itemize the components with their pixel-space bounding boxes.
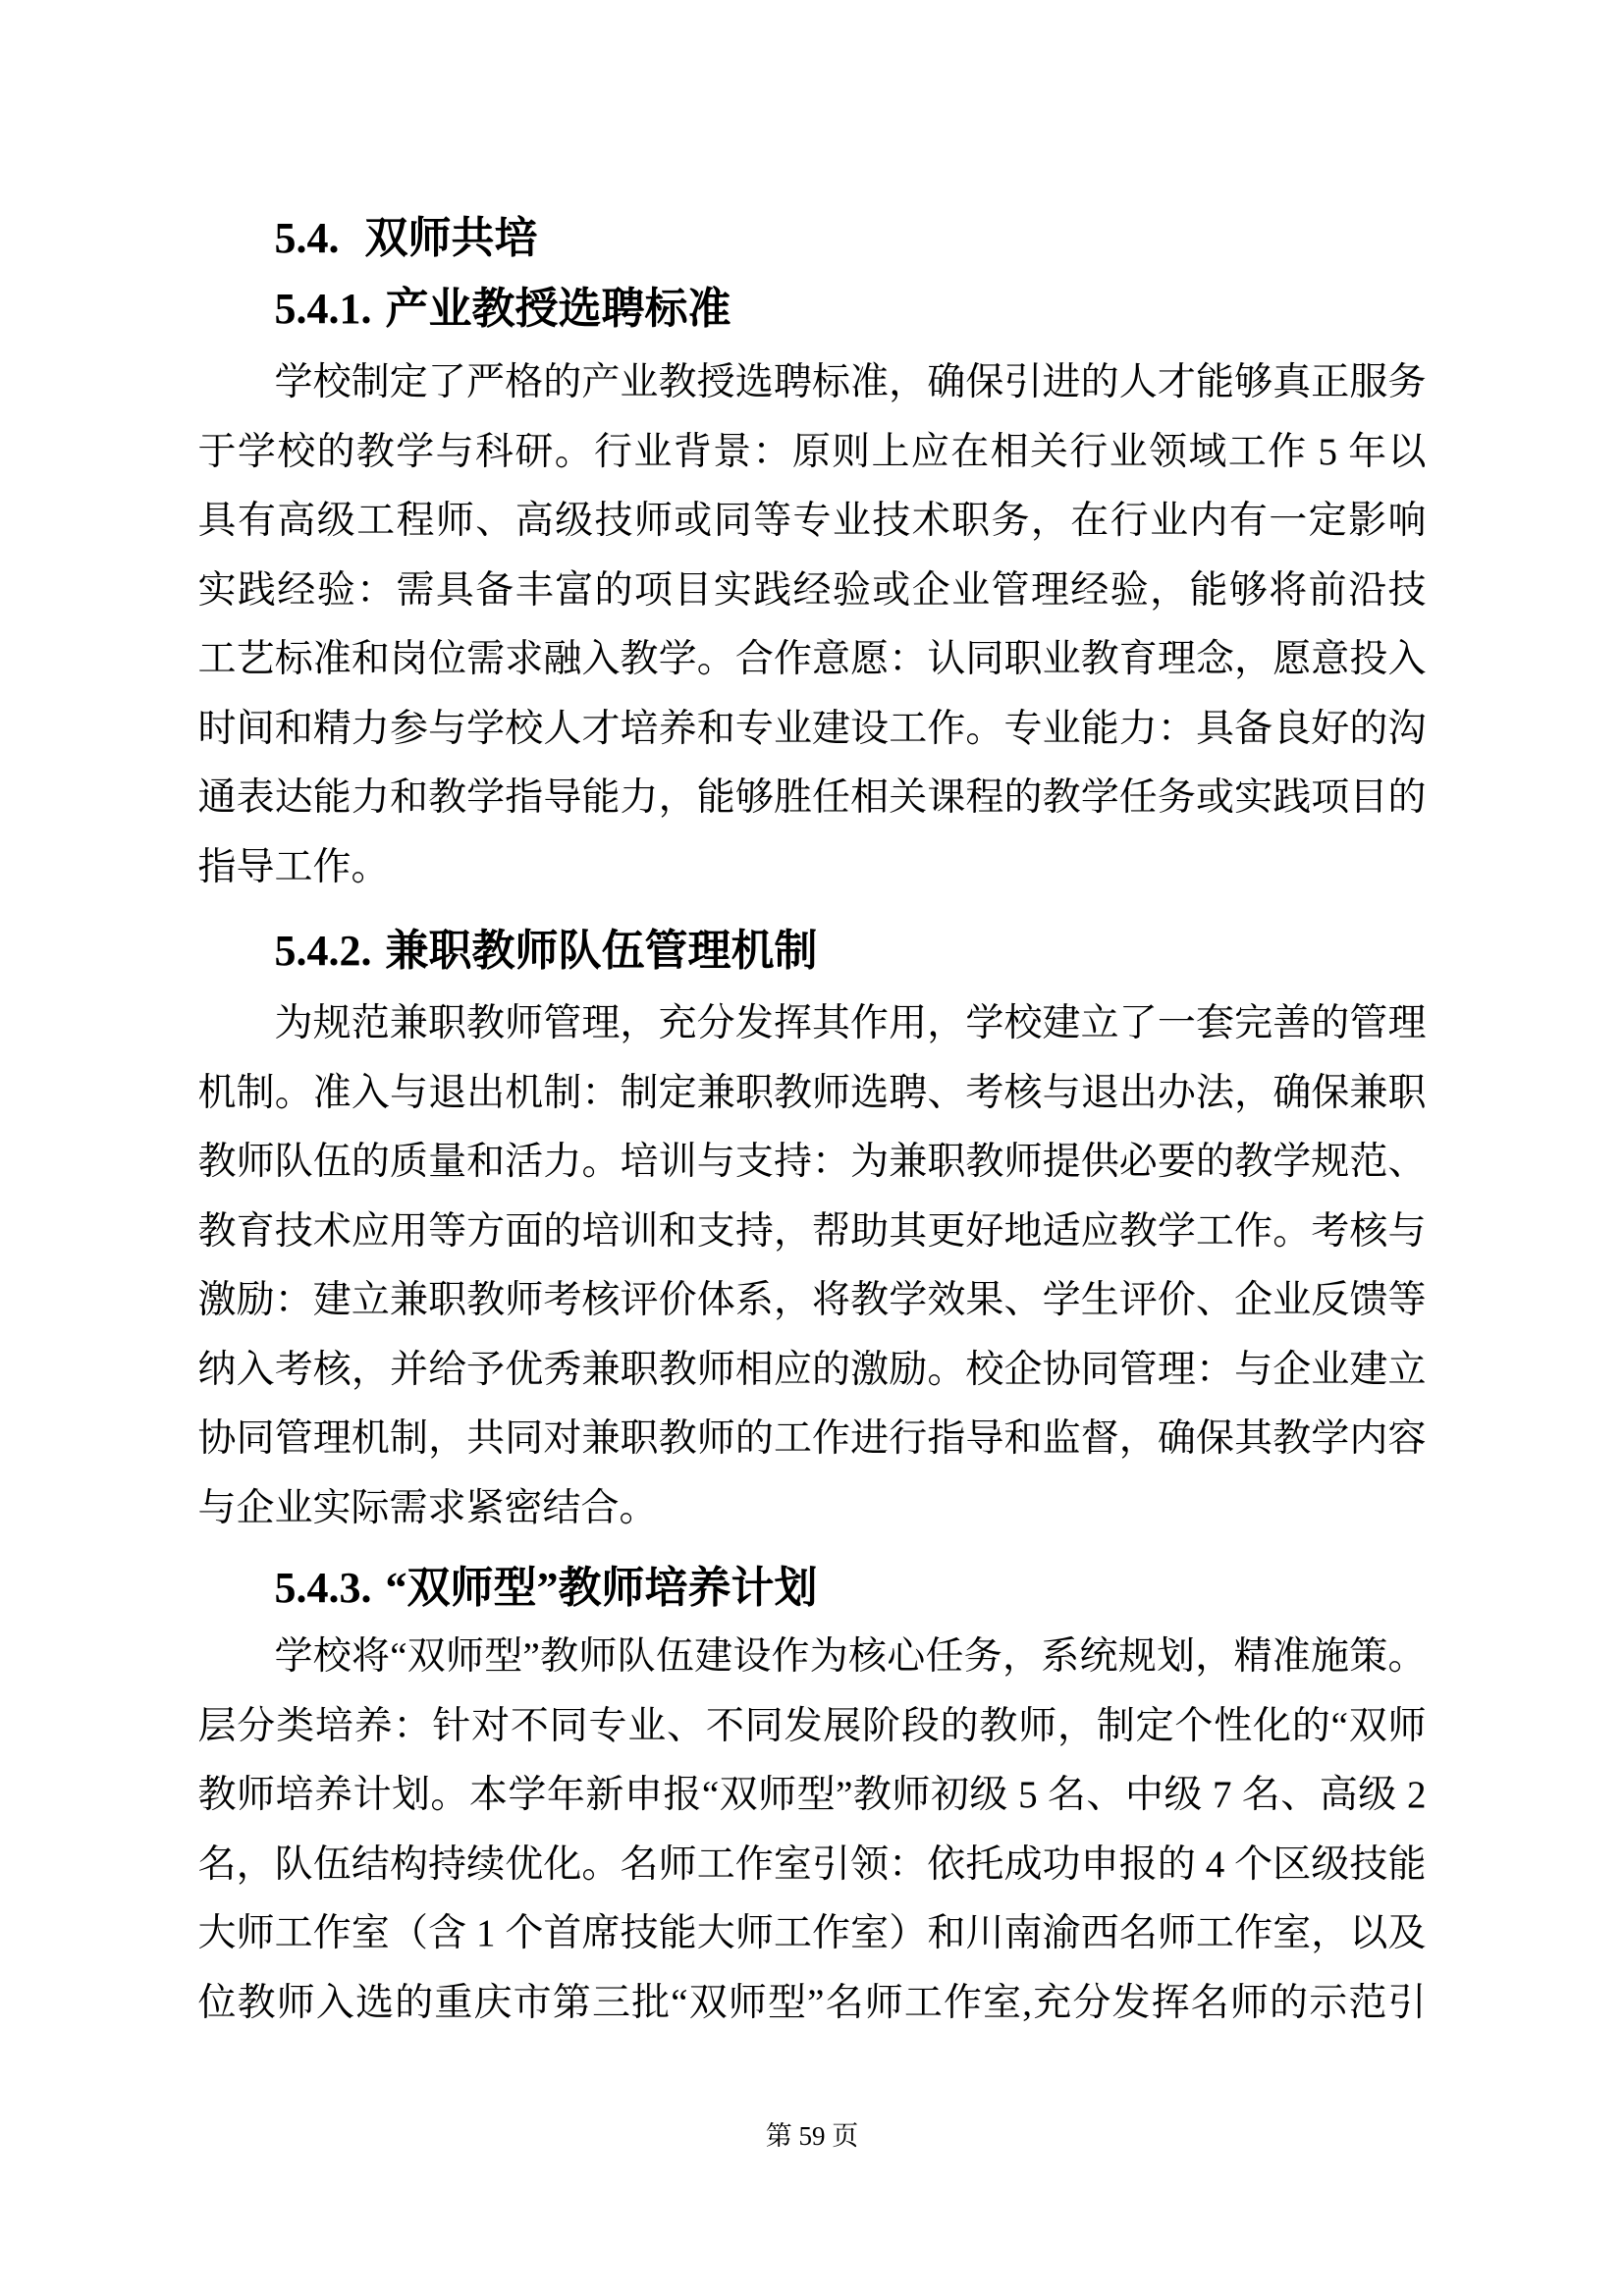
paragraph-line: 大师工作室（含 1 个首席技能大师工作室）和川南渝西名师工作室，以及 2 [198,1899,1427,1969]
paragraph-line: 时间和精力参与学校人才培养和专业建设工作。专业能力：具备良好的沟 [198,695,1427,765]
paragraph-line: 机制。准入与退出机制：制定兼职教师选聘、考核与退出办法，确保兼职 [198,1059,1427,1129]
section-number: 5.4. [275,214,340,262]
paragraph-line: 于学校的教学与科研。行业背景：原则上应在相关行业领域工作 5 年以上， [198,418,1427,488]
subsection-heading-542: 5.4.2.兼职教师队伍管理机制 [198,927,1427,976]
paragraph-line: 名，队伍结构持续优化。名师工作室引领：依托成功申报的 4 个区级技能 [198,1831,1427,1900]
paragraph-541: 学校制定了严格的产业教授选聘标准，确保引进的人才能够真正服务 于学校的教学与科研… [198,348,1427,902]
page-footer: 第 59 页 [0,2120,1624,2152]
paragraph-line: 与企业实际需求紧密结合。 [198,1474,1427,1544]
document-page: 5.4.双师共培 5.4.1.产业教授选聘标准 学校制定了严格的产业教授选聘标准… [0,0,1624,2296]
paragraph-line: 层分类培养：针对不同专业、不同发展阶段的教师，制定个性化的“双师型” [198,1692,1427,1762]
section-title: 双师共培 [365,214,538,262]
subsection-number: 5.4.3. [275,1564,372,1612]
subsection-title: 产业教授选聘标准 [386,285,731,333]
paragraph-line: 指导工作。 [198,833,1427,903]
paragraph-line: 学校将“双师型”教师队伍建设作为核心任务，系统规划，精准施策。分 [198,1623,1427,1692]
paragraph-line: 实践经验：需具备丰富的项目实践经验或企业管理经验，能够将前沿技术、 [198,557,1427,626]
subsection-title: “双师型”教师培养计划 [386,1564,818,1612]
paragraph-543: 学校将“双师型”教师队伍建设作为核心任务，系统规划，精准施策。分 层分类培养：针… [198,1623,1427,2038]
page-content: 5.4.双师共培 5.4.1.产业教授选聘标准 学校制定了严格的产业教授选聘标准… [198,0,1427,2038]
paragraph-line: 工艺标准和岗位需求融入教学。合作意愿：认同职业教育理念，愿意投入 [198,625,1427,695]
subsection-number: 5.4.2. [275,927,372,975]
paragraph-line: 教师队伍的质量和活力。培训与支持：为兼职教师提供必要的教学规范、 [198,1128,1427,1198]
subsection-number: 5.4.1. [275,285,372,333]
paragraph-line: 学校制定了严格的产业教授选聘标准，确保引进的人才能够真正服务 [198,348,1427,418]
section-heading: 5.4.双师共培 [198,214,1427,263]
subsection-heading-543: 5.4.3.“双师型”教师培养计划 [198,1564,1427,1613]
page-number: 第 59 页 [766,2121,859,2151]
paragraph-line: 激励：建立兼职教师考核评价体系，将教学效果、学生评价、企业反馈等 [198,1266,1427,1336]
paragraph-line: 教师培养计划。本学年新申报“双师型”教师初级 5 名、中级 7 名、高级 2 [198,1761,1427,1831]
paragraph-line: 通表达能力和教学指导能力，能够胜任相关课程的教学任务或实践项目的 [198,764,1427,833]
paragraph-line: 具有高级工程师、高级技师或同等专业技术职务，在行业内有一定影响力。 [198,487,1427,557]
subsection-heading-541: 5.4.1.产业教授选聘标准 [198,285,1427,334]
paragraph-542: 为规范兼职教师管理，充分发挥其作用，学校建立了一套完善的管理 机制。准入与退出机… [198,989,1427,1543]
paragraph-line: 教育技术应用等方面的培训和支持，帮助其更好地适应教学工作。考核与 [198,1198,1427,1267]
paragraph-line: 协同管理机制，共同对兼职教师的工作进行指导和监督，确保其教学内容 [198,1405,1427,1474]
paragraph-line: 位教师入选的重庆市第三批“双师型”名师工作室,充分发挥名师的示范引领 [198,1969,1427,2039]
subsection-title: 兼职教师队伍管理机制 [386,927,818,975]
paragraph-line: 纳入考核，并给予优秀兼职教师相应的激励。校企协同管理：与企业建立 [198,1336,1427,1406]
paragraph-line: 为规范兼职教师管理，充分发挥其作用，学校建立了一套完善的管理 [198,989,1427,1059]
